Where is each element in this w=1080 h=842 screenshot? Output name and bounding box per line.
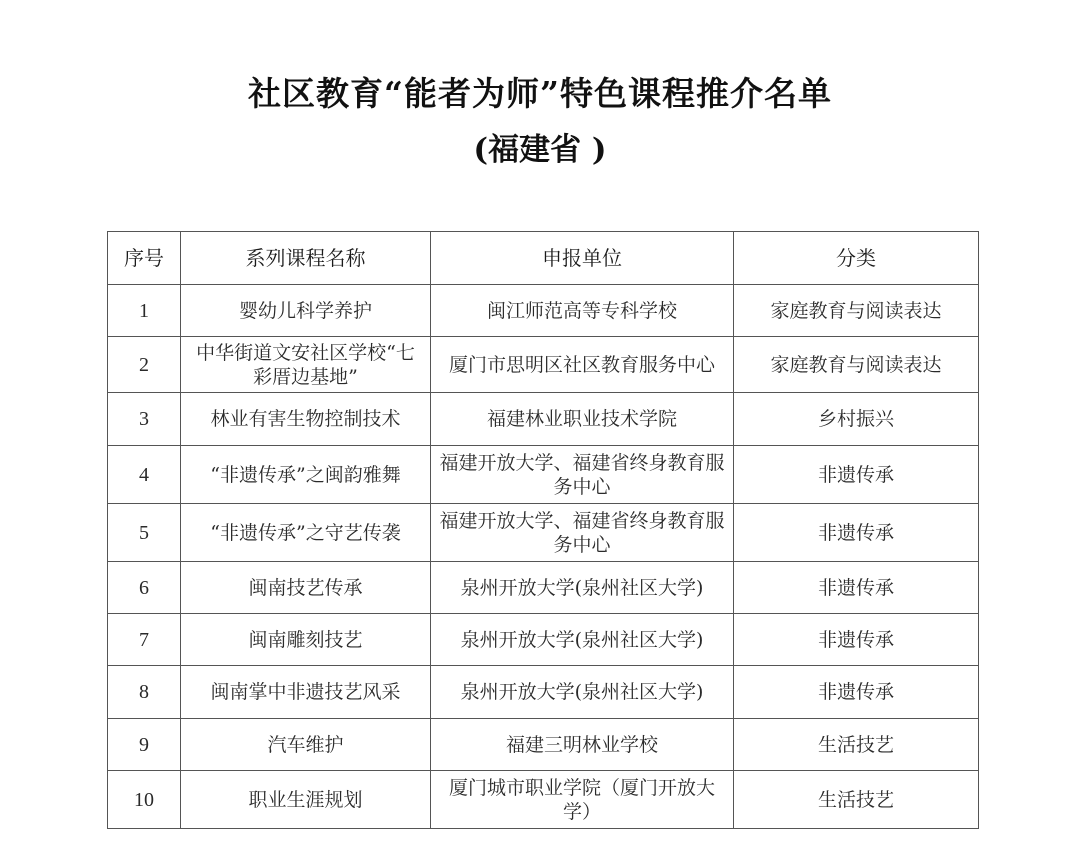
table-row: 7 闽南雕刻技艺 泉州开放大学(泉州社区大学) 非遗传承 bbox=[108, 614, 979, 666]
cell-serial-number: 6 bbox=[108, 562, 181, 614]
cell-course-name: 职业生涯规划 bbox=[181, 771, 431, 829]
cell-category: 非遗传承 bbox=[734, 614, 979, 666]
cell-serial-number: 7 bbox=[108, 614, 181, 666]
table-row: 1 婴幼儿科学养护 闽江师范高等专科学校 家庭教育与阅读表达 bbox=[108, 285, 979, 337]
cell-serial-number: 8 bbox=[108, 666, 181, 719]
cell-applicant-unit: 泉州开放大学(泉州社区大学) bbox=[431, 562, 734, 614]
cell-course-name: 林业有害生物控制技术 bbox=[181, 393, 431, 446]
cell-course-name: “非遗传承”之闽韵雅舞 bbox=[181, 446, 431, 504]
table-row: 9 汽车维护 福建三明林业学校 生活技艺 bbox=[108, 719, 979, 771]
cell-serial-number: 9 bbox=[108, 719, 181, 771]
table-row: 10 职业生涯规划 厦门城市职业学院（厦门开放大学） 生活技艺 bbox=[108, 771, 979, 829]
table-row: 5 “非遗传承”之守艺传袭 福建开放大学、福建省终身教育服务中心 非遗传承 bbox=[108, 504, 979, 562]
table-row: 2 中华街道文安社区学校“七彩厝边基地” 厦门市思明区社区教育服务中心 家庭教育… bbox=[108, 337, 979, 393]
cell-course-name: 中华街道文安社区学校“七彩厝边基地” bbox=[181, 337, 431, 393]
cell-applicant-unit: 厦门市思明区社区教育服务中心 bbox=[431, 337, 734, 393]
document-title: 社区教育“能者为师”特色课程推介名单 bbox=[0, 68, 1080, 115]
cell-serial-number: 1 bbox=[108, 285, 181, 337]
table-row: 4 “非遗传承”之闽韵雅舞 福建开放大学、福建省终身教育服务中心 非遗传承 bbox=[108, 446, 979, 504]
course-list-table: 序号 系列课程名称 申报单位 分类 1 婴幼儿科学养护 闽江师范高等专科学校 家… bbox=[107, 231, 979, 829]
cell-applicant-unit: 福建林业职业技术学院 bbox=[431, 393, 734, 446]
header-applicant-unit: 申报单位 bbox=[431, 232, 734, 285]
cell-serial-number: 4 bbox=[108, 446, 181, 504]
cell-applicant-unit: 泉州开放大学(泉州社区大学) bbox=[431, 666, 734, 719]
cell-category: 非遗传承 bbox=[734, 666, 979, 719]
header-category: 分类 bbox=[734, 232, 979, 285]
cell-applicant-unit: 福建开放大学、福建省终身教育服务中心 bbox=[431, 504, 734, 562]
cell-course-name: 闽南雕刻技艺 bbox=[181, 614, 431, 666]
document-subtitle: (福建省 ) bbox=[0, 124, 1080, 169]
header-course-name: 系列课程名称 bbox=[181, 232, 431, 285]
table-row: 6 闽南技艺传承 泉州开放大学(泉州社区大学) 非遗传承 bbox=[108, 562, 979, 614]
cell-applicant-unit: 闽江师范高等专科学校 bbox=[431, 285, 734, 337]
cell-category: 生活技艺 bbox=[734, 771, 979, 829]
cell-course-name: “非遗传承”之守艺传袭 bbox=[181, 504, 431, 562]
cell-category: 非遗传承 bbox=[734, 504, 979, 562]
cell-serial-number: 2 bbox=[108, 337, 181, 393]
table-row: 8 闽南掌中非遗技艺风采 泉州开放大学(泉州社区大学) 非遗传承 bbox=[108, 666, 979, 719]
cell-course-name: 汽车维护 bbox=[181, 719, 431, 771]
cell-applicant-unit: 厦门城市职业学院（厦门开放大学） bbox=[431, 771, 734, 829]
cell-serial-number: 10 bbox=[108, 771, 181, 829]
cell-category: 乡村振兴 bbox=[734, 393, 979, 446]
cell-category: 家庭教育与阅读表达 bbox=[734, 285, 979, 337]
cell-serial-number: 3 bbox=[108, 393, 181, 446]
cell-category: 非遗传承 bbox=[734, 562, 979, 614]
cell-category: 家庭教育与阅读表达 bbox=[734, 337, 979, 393]
cell-applicant-unit: 福建三明林业学校 bbox=[431, 719, 734, 771]
cell-applicant-unit: 福建开放大学、福建省终身教育服务中心 bbox=[431, 446, 734, 504]
cell-category: 非遗传承 bbox=[734, 446, 979, 504]
cell-course-name: 闽南技艺传承 bbox=[181, 562, 431, 614]
cell-course-name: 婴幼儿科学养护 bbox=[181, 285, 431, 337]
cell-applicant-unit: 泉州开放大学(泉州社区大学) bbox=[431, 614, 734, 666]
table-header-row: 序号 系列课程名称 申报单位 分类 bbox=[108, 232, 979, 285]
table-row: 3 林业有害生物控制技术 福建林业职业技术学院 乡村振兴 bbox=[108, 393, 979, 446]
cell-course-name: 闽南掌中非遗技艺风采 bbox=[181, 666, 431, 719]
cell-category: 生活技艺 bbox=[734, 719, 979, 771]
header-serial-number: 序号 bbox=[108, 232, 181, 285]
cell-serial-number: 5 bbox=[108, 504, 181, 562]
